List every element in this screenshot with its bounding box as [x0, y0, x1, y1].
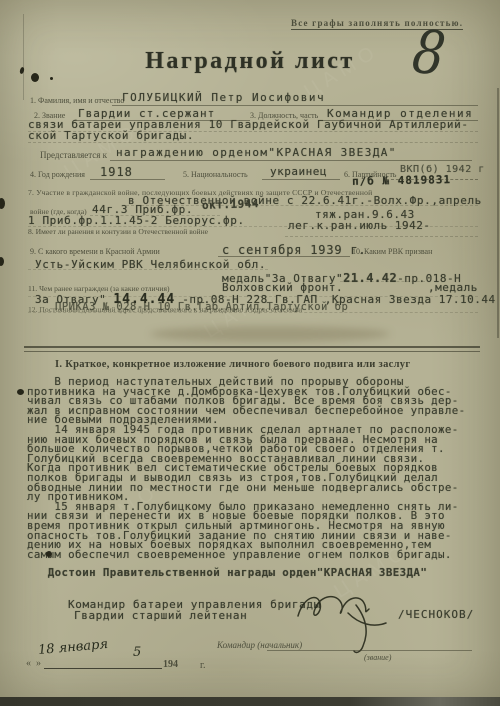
commander-signature-ink: [293, 586, 393, 658]
section-heading: I. Краткое, конкретное изложение личного…: [55, 359, 410, 370]
field4-value: 1918: [100, 165, 133, 179]
form-rule-line: [218, 256, 350, 257]
field10-label: 10. Каким РВК призван: [352, 247, 432, 256]
form-rule-line: [28, 296, 478, 297]
scan-edge-line: [497, 88, 499, 338]
form-rule-line: [285, 236, 478, 237]
form-rule-line: [340, 281, 425, 282]
form-rule-line: [28, 131, 478, 132]
ink-spot: [46, 551, 52, 557]
form-rule-line: [28, 312, 478, 313]
form-rule-line: [90, 179, 165, 180]
form-rule-line: [126, 205, 478, 206]
rank-caption: (звание): [364, 653, 391, 662]
field6-party-card-number: п/б № 4819831: [352, 173, 451, 188]
form-rule-line: [262, 179, 340, 180]
form-rule-line: [28, 269, 268, 270]
field5-label: 5. Национальность: [183, 170, 248, 179]
field9-label: 9. С какого времени в Красной Армии: [30, 247, 160, 256]
form-rule-line: [318, 120, 478, 121]
presented-for-value: награждению орденом"КРАСНАЯ ЗВЕЗДА": [116, 146, 397, 159]
citation-conclusion: Достоин Правительственной награды орден"…: [27, 566, 427, 579]
form-rule-line: [90, 215, 220, 216]
form-rule-line: [28, 226, 478, 227]
signer-position-line2: Гвардии старший лейтенан: [74, 609, 247, 622]
section-divider: [24, 346, 480, 352]
handwritten-date-day: 18 января: [37, 637, 108, 658]
ink-spot: [17, 389, 24, 395]
field9-value: с сентября 1939 г.: [222, 243, 366, 257]
printed-year-194: 194: [163, 659, 178, 670]
field4-label: 4. Год рождения: [30, 170, 85, 179]
presented-for-label: Представляется к: [40, 150, 107, 160]
citation-text-block: В период наступательных действий по прор…: [27, 377, 483, 559]
form-rule-line: [28, 142, 478, 143]
date-fill-line: [44, 668, 162, 669]
printed-year-suffix: г.: [200, 660, 205, 671]
scan-bottom-band: [0, 697, 500, 706]
form-rule-line: [386, 179, 478, 180]
form-rule-line: [74, 120, 250, 121]
ink-spot: [0, 257, 4, 266]
date-quote-open: «: [26, 658, 31, 669]
field1-value: ГОЛУБИЦКИЙ Петр Иосифович: [122, 91, 325, 104]
ink-spot: [50, 77, 53, 80]
field11-line1-date: 21.4.42: [343, 271, 397, 285]
handwritten-date-year-digit: 5: [133, 645, 141, 660]
scan-smudge: [150, 326, 390, 342]
field5-value: украинец: [270, 165, 327, 178]
citation-line: самым обеспечил своевременное управление…: [27, 550, 483, 560]
award-sheet-document: ЦАМО ЦАМО ЦАМО ЦАМО ЦАМО Все графы запол…: [0, 0, 500, 706]
commander-caption: Командир (начальник): [217, 640, 302, 650]
signer-name: /ЧЕСНОКОВ/: [398, 608, 474, 621]
field1-label: 1. Фамилия, имя и отчество: [30, 96, 124, 105]
date-quote-close: »: [36, 658, 41, 669]
document-title: Наградной лист: [0, 48, 500, 75]
ink-spot: [31, 73, 39, 82]
ink-spot: [0, 198, 5, 209]
form-rule-line: [110, 160, 472, 161]
form-rule-line: [112, 105, 478, 106]
commander-signature-line: [267, 650, 472, 651]
paper-fold-line: [23, 14, 24, 100]
field8-label: 8. Имеет ли ранения и контузии в Отечест…: [28, 227, 208, 236]
